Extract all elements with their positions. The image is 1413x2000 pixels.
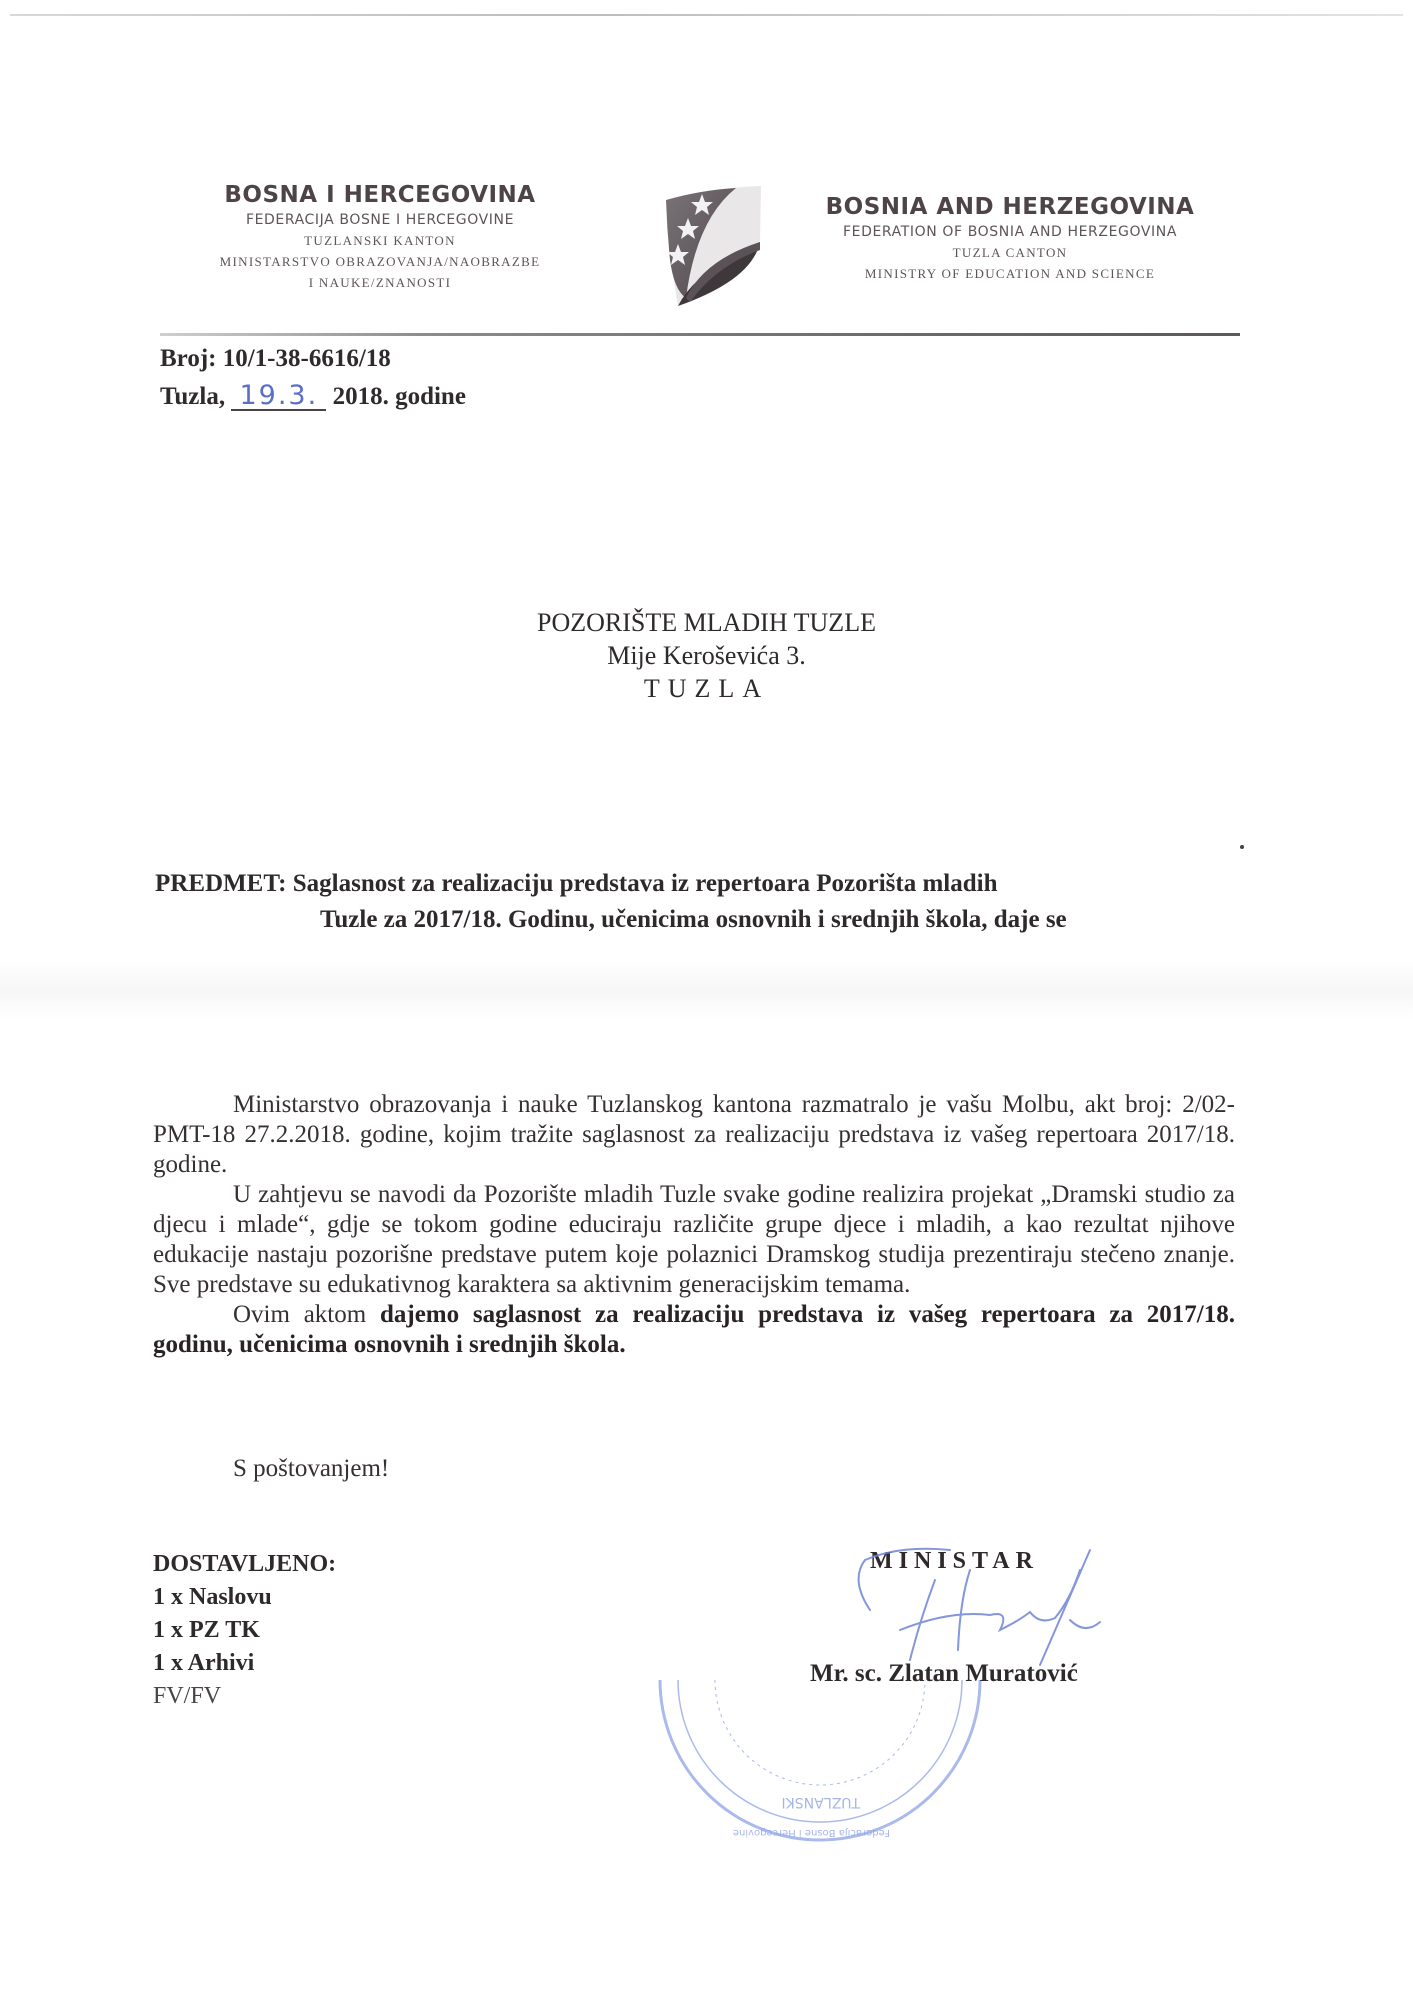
body-paragraph-3: Ovim aktom dajemo saglasnost za realizac… [153,1300,1235,1360]
recipient-city: TUZLA [0,672,1413,705]
canton-name-en: TUZLA CANTON [780,245,1240,261]
scan-speck [1240,845,1244,849]
subject-block: PREDMET: Saglasnost za realizaciju preds… [155,866,1067,938]
handwritten-date: 19.3. [231,383,326,411]
closing-salutation: S poštovanjem! [233,1455,389,1483]
canton-name-bs: TUZLANSKI KANTON [170,233,590,249]
ministry-name-bs-2: I NAUKE/ZNANOSTI [170,275,590,291]
ministry-name-en: MINISTRY OF EDUCATION AND SCIENCE [780,266,1240,282]
distribution-list: DOSTAVLJENO: 1 x Naslovu 1 x PZ TK 1 x A… [153,1548,336,1713]
country-name-bs: BOSNA I HERCEGOVINA [170,182,590,208]
date-suffix: 2018. godine [333,383,466,410]
federation-name-en: FEDERATION OF BOSNIA AND HERZEGOVINA [780,224,1240,240]
recipient-block: POZORIŠTE MLADIH TUZLE Mije Keroševića 3… [0,606,1413,705]
svg-text:TUZLANSKI: TUZLANSKI [781,1794,861,1810]
recipient-name: POZORIŠTE MLADIH TUZLE [0,606,1413,639]
distribution-item: 1 x Naslovu [153,1581,336,1614]
subject-line-1: Saglasnost za realizaciju predstava iz r… [293,870,998,897]
distribution-item: 1 x PZ TK [153,1614,336,1647]
federation-name-bs: FEDERACIJA BOSNE I HERCEGOVINE [170,212,590,228]
body-paragraph-1: Ministarstvo obrazovanja i nauke Tuzlans… [153,1090,1235,1180]
svg-text:Federacija Bosne i Hercegovine: Federacija Bosne i Hercegovine [733,1827,890,1838]
coat-of-arms-icon [656,180,768,310]
country-name-en: BOSNIA AND HERZEGOVINA [780,194,1240,220]
scan-artifact [0,960,1413,1020]
date-line: Tuzla, 19.3. 2018. godine [160,378,466,416]
handwritten-signature-icon [840,1540,1140,1670]
scan-edge-line [10,14,1403,16]
body-paragraph-2: U zahtjevu se navodi da Pozorište mladih… [153,1180,1235,1300]
letterhead-divider [160,333,1240,336]
letter-body: Ministarstvo obrazovanja i nauke Tuzlans… [153,1090,1235,1360]
letterhead-bosnian: BOSNA I HERCEGOVINA FEDERACIJA BOSNE I H… [170,182,590,291]
place-prefix: Tuzla, [160,383,225,410]
distribution-item: 1 x Arhivi [153,1647,336,1680]
subject-label: PREDMET: [155,870,286,897]
subject-line-2: Tuzle za 2017/18. Godinu, učenicima osno… [155,902,1067,938]
letterhead-english: BOSNIA AND HERZEGOVINA FEDERATION OF BOS… [780,194,1240,282]
ministry-name-bs-1: MINISTARSTVO OBRAZOVANJA/NAOBRAZBE [170,254,590,270]
reference-block: Broj: 10/1-38-6616/18 Tuzla, 19.3. 2018.… [160,340,466,416]
signatory-name: Mr. sc. Zlatan Muratović [810,1660,1078,1688]
reference-number: Broj: 10/1-38-6616/18 [160,340,466,378]
recipient-address: Mije Keroševića 3. [0,639,1413,672]
distribution-title: DOSTAVLJENO: [153,1548,336,1581]
body-paragraph-3-normal: Ovim aktom [233,1301,380,1328]
author-initials: FV/FV [153,1680,336,1713]
